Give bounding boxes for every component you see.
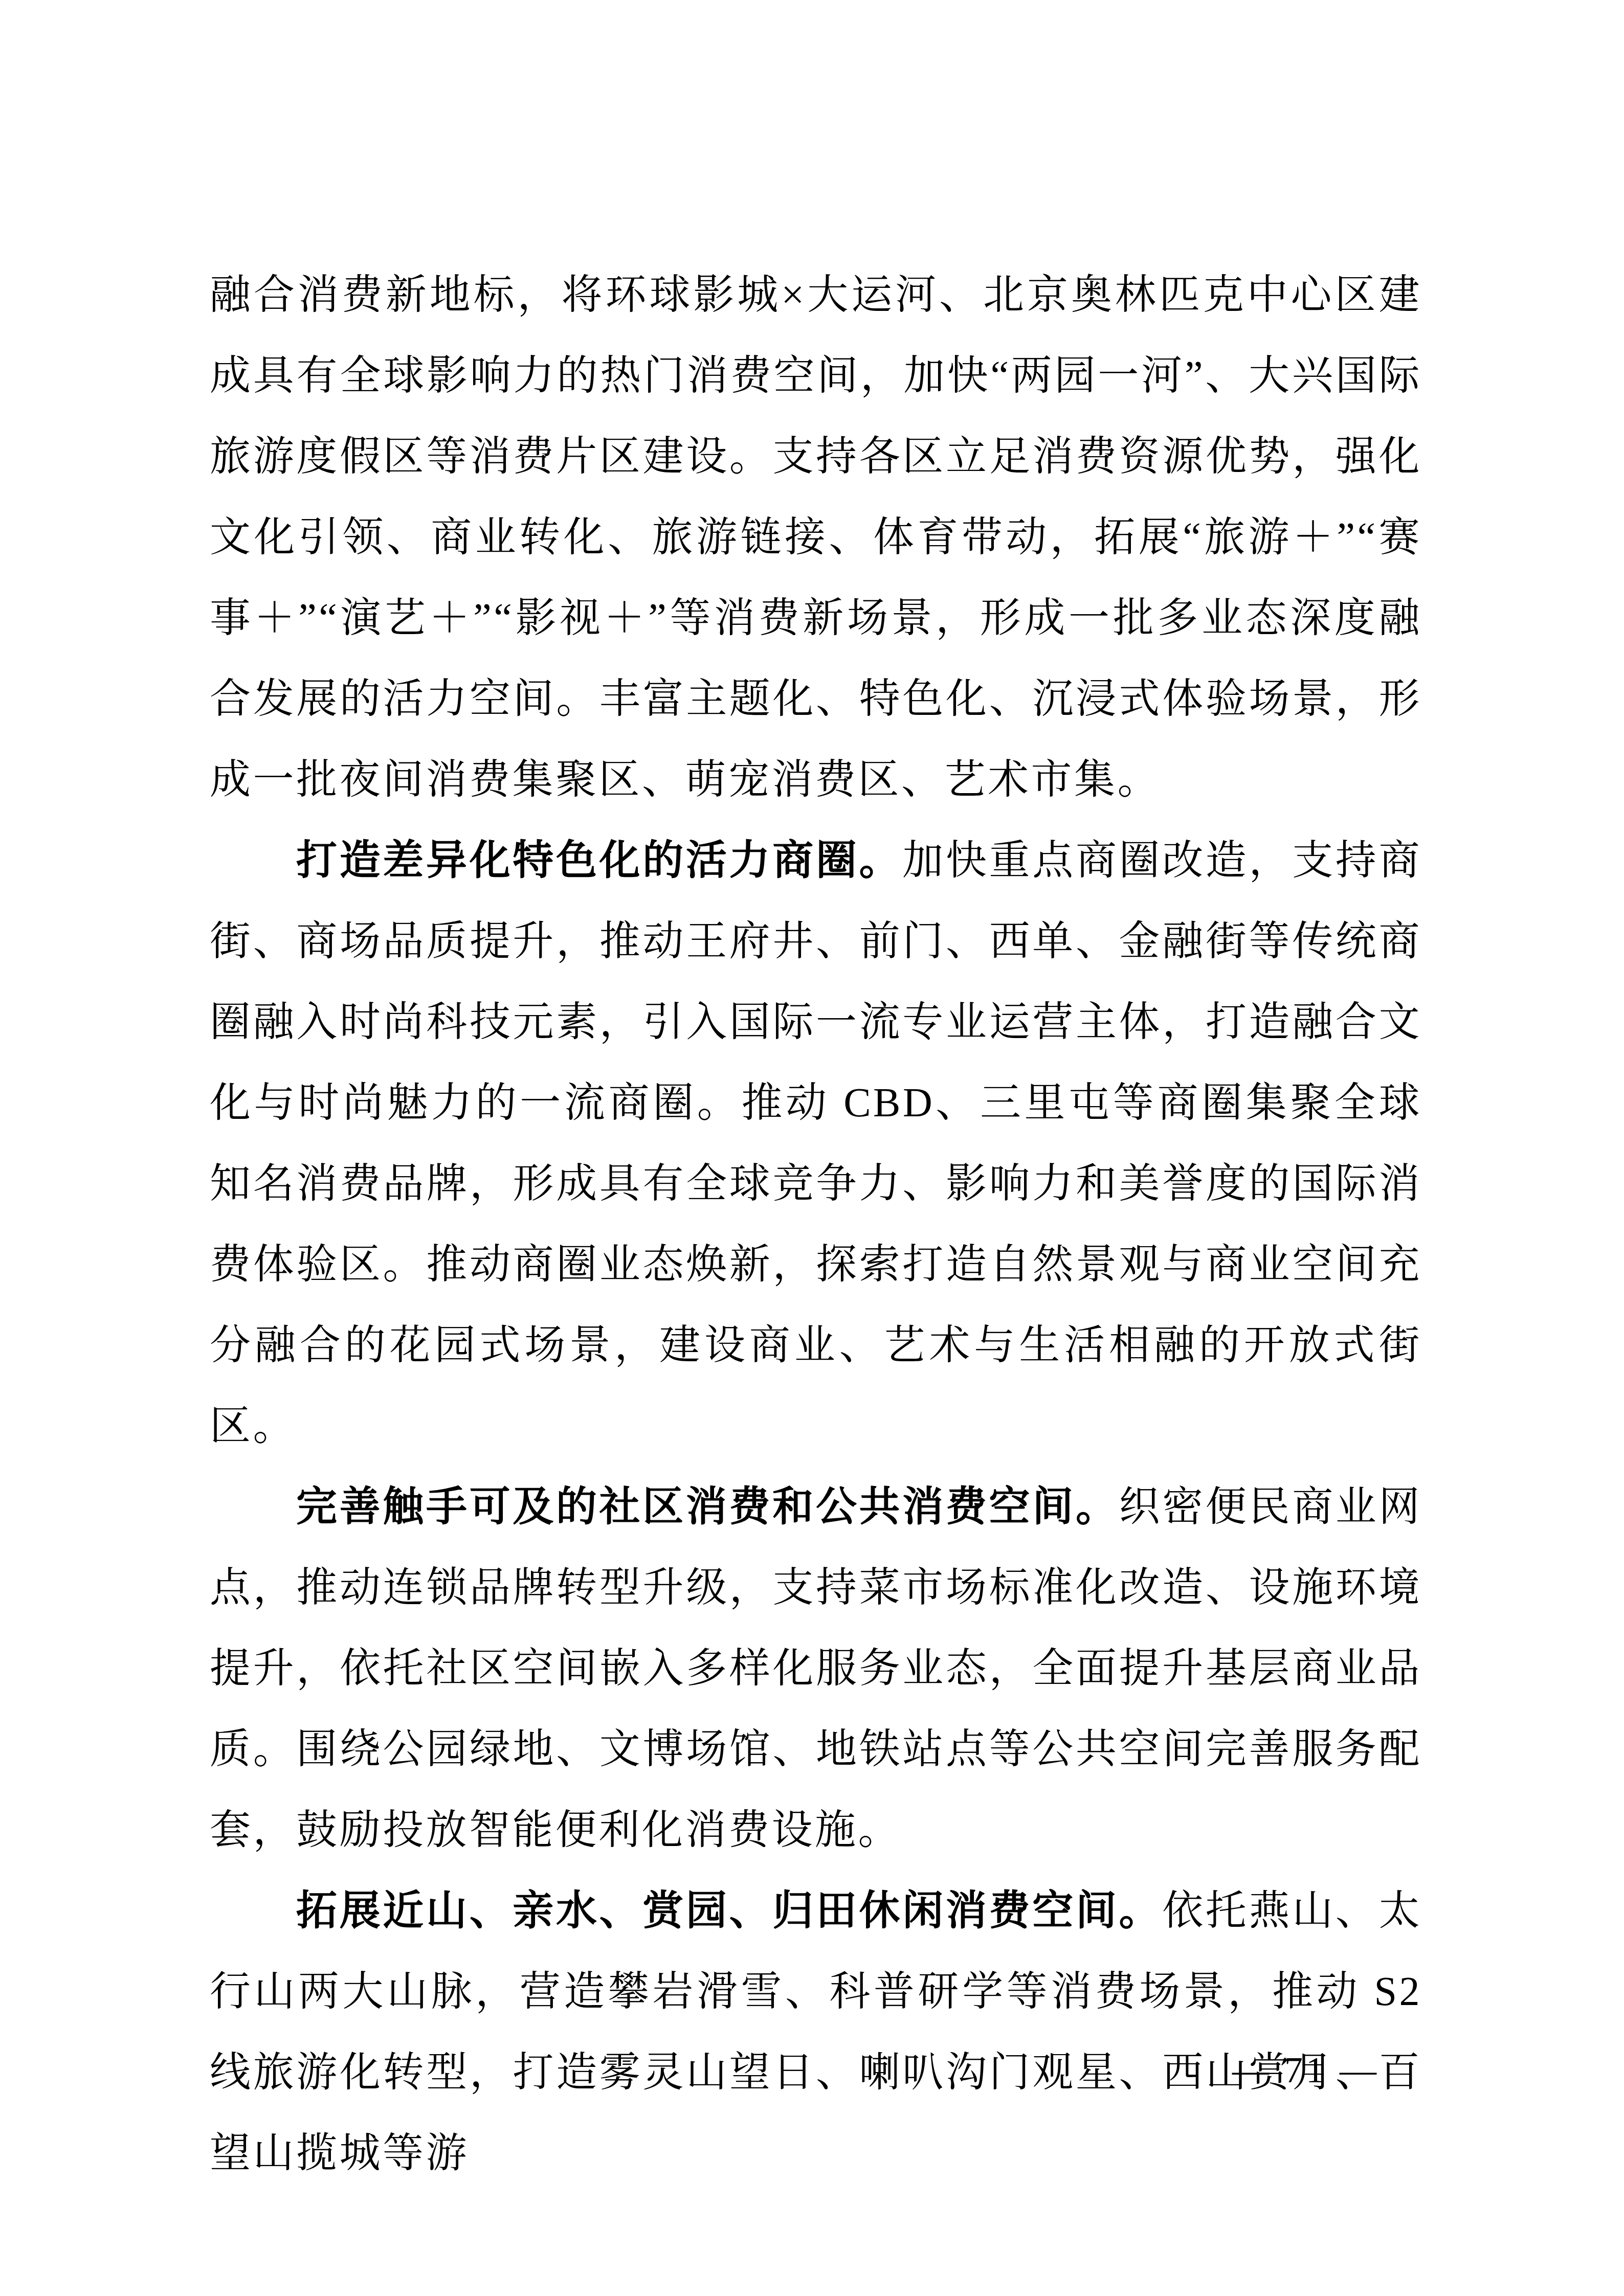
paragraph: 完善触手可及的社区消费和公共消费空间。织密便民商业网点，推动连锁品牌转型升级，支…	[210, 1467, 1422, 1871]
paragraph-lead: 完善触手可及的社区消费和公共消费空间。	[296, 1484, 1119, 1529]
paragraph-text: 织密便民商业网点，推动连锁品牌转型升级，支持菜市场标准化改造、设施环境提升，依托…	[210, 1484, 1422, 1853]
paragraph-lead: 拓展近山、亲水、赏园、归田休闲消费空间。	[296, 1888, 1162, 1933]
document-body: 融合消费新地标，将环球影城×大运河、北京奥林匹克中心区建成具有全球影响力的热门消…	[210, 255, 1422, 2194]
paragraph: 融合消费新地标，将环球影城×大运河、北京奥林匹克中心区建成具有全球影响力的热门消…	[210, 255, 1422, 820]
paragraph: 拓展近山、亲水、赏园、归田休闲消费空间。依托燕山、太行山两大山脉，营造攀岩滑雪、…	[210, 1871, 1422, 2194]
page-number: — 71 —	[1232, 2049, 1380, 2091]
document-page: 融合消费新地标，将环球影城×大运河、北京奥林匹克中心区建成具有全球影响力的热门消…	[0, 0, 1624, 2296]
paragraph: 打造差异化特色化的活力商圈。加快重点商圈改造，支持商街、商场品质提升，推动王府井…	[210, 820, 1422, 1467]
paragraph-text: 加快重点商圈改造，支持商街、商场品质提升，推动王府井、前门、西单、金融街等传统商…	[210, 838, 1422, 1449]
paragraph-text: 融合消费新地标，将环球影城×大运河、北京奥林匹克中心区建成具有全球影响力的热门消…	[210, 273, 1422, 802]
paragraph-lead: 打造差异化特色化的活力商圈。	[296, 838, 902, 883]
